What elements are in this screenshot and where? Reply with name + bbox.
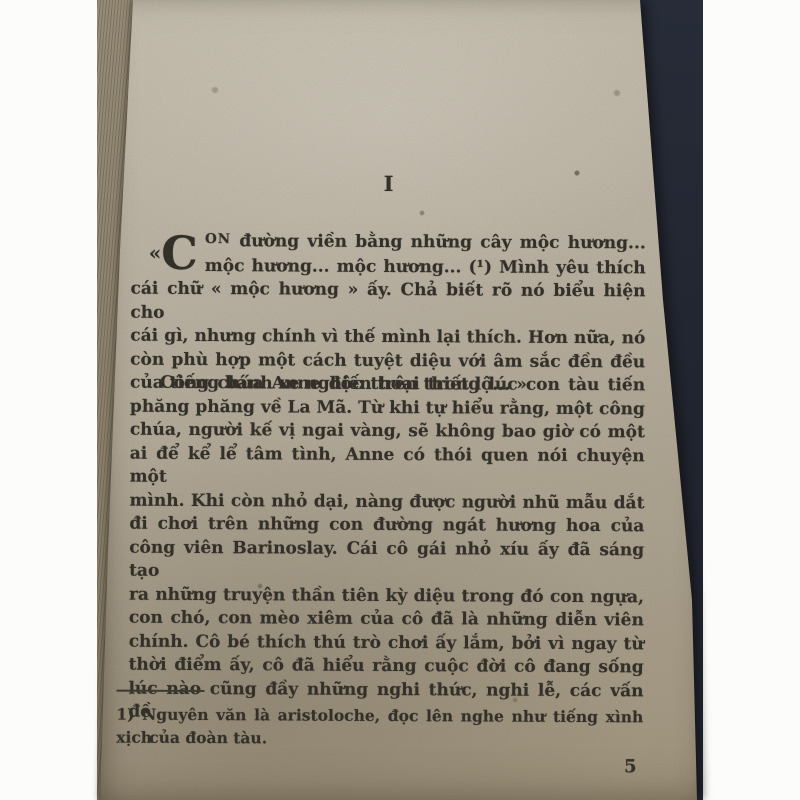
footnote-line: của đoàn tàu. <box>149 726 267 750</box>
lead-caps: ON <box>205 231 231 247</box>
text-line: mộc hương... mộc hương... (¹) Mình yêu t… <box>131 254 646 280</box>
text-line: ai để kể lể tâm tình, Anne có thói quen … <box>130 442 645 492</box>
text-line: cái chữ « mộc hương » ấy. Chả biết rõ nó… <box>130 278 645 328</box>
open-quote-mark: « <box>149 230 162 277</box>
chapter-numeral: I <box>131 171 646 198</box>
drop-cap-letter: C <box>161 230 198 277</box>
second-paragraph: Công chúa Anne độc thoại trong lúc con t… <box>128 372 645 727</box>
printed-text-block: I «C ON đường viền bằng những cây mộc hư… <box>128 0 647 800</box>
text-line: công viên Barinoslay. Cái cô gái nhỏ xíu… <box>129 536 644 586</box>
text-line: chính. Cô bé thích thú trò chơi ấy lắm, … <box>129 630 644 656</box>
text-line: mình. Khi còn nhỏ dại, nàng được người n… <box>129 489 644 515</box>
text-line: ra những truyện thần tiên kỳ diệu trong … <box>129 583 644 609</box>
book-page-wrap: I «C ON đường viền bằng những cây mộc hư… <box>95 0 707 800</box>
drop-cap: «C <box>149 230 198 277</box>
text-line: còn phù hợp một cách tuyệt diệu với âm s… <box>130 348 645 374</box>
text-line: ON đường viền bằng những cây mộc hương..… <box>131 230 646 257</box>
page-number: 5 <box>624 755 637 778</box>
text-line: cái gì, nhưng chính vì thế mình lại thíc… <box>130 325 645 351</box>
book-page: I «C ON đường viền bằng những cây mộc hư… <box>95 0 707 800</box>
text-line: phăng phăng về La Mã. Từ khi tự hiểu rằn… <box>130 395 645 421</box>
text-line: thời điểm ấy, cô đã hiểu rằng cuộc đời c… <box>129 654 644 680</box>
text-line: con chó, con mèo xiêm của cô đã là những… <box>129 607 644 633</box>
text-line: đi chơi trên những con đường ngát hương … <box>129 513 644 539</box>
text-line-rest: đường viền bằng những cây mộc hương... <box>239 231 646 253</box>
text-line: chúa, người kế vị ngai vàng, sẽ không ba… <box>130 419 645 445</box>
text-line: Công chúa Anne độc thoại trong lúc con t… <box>130 372 645 398</box>
